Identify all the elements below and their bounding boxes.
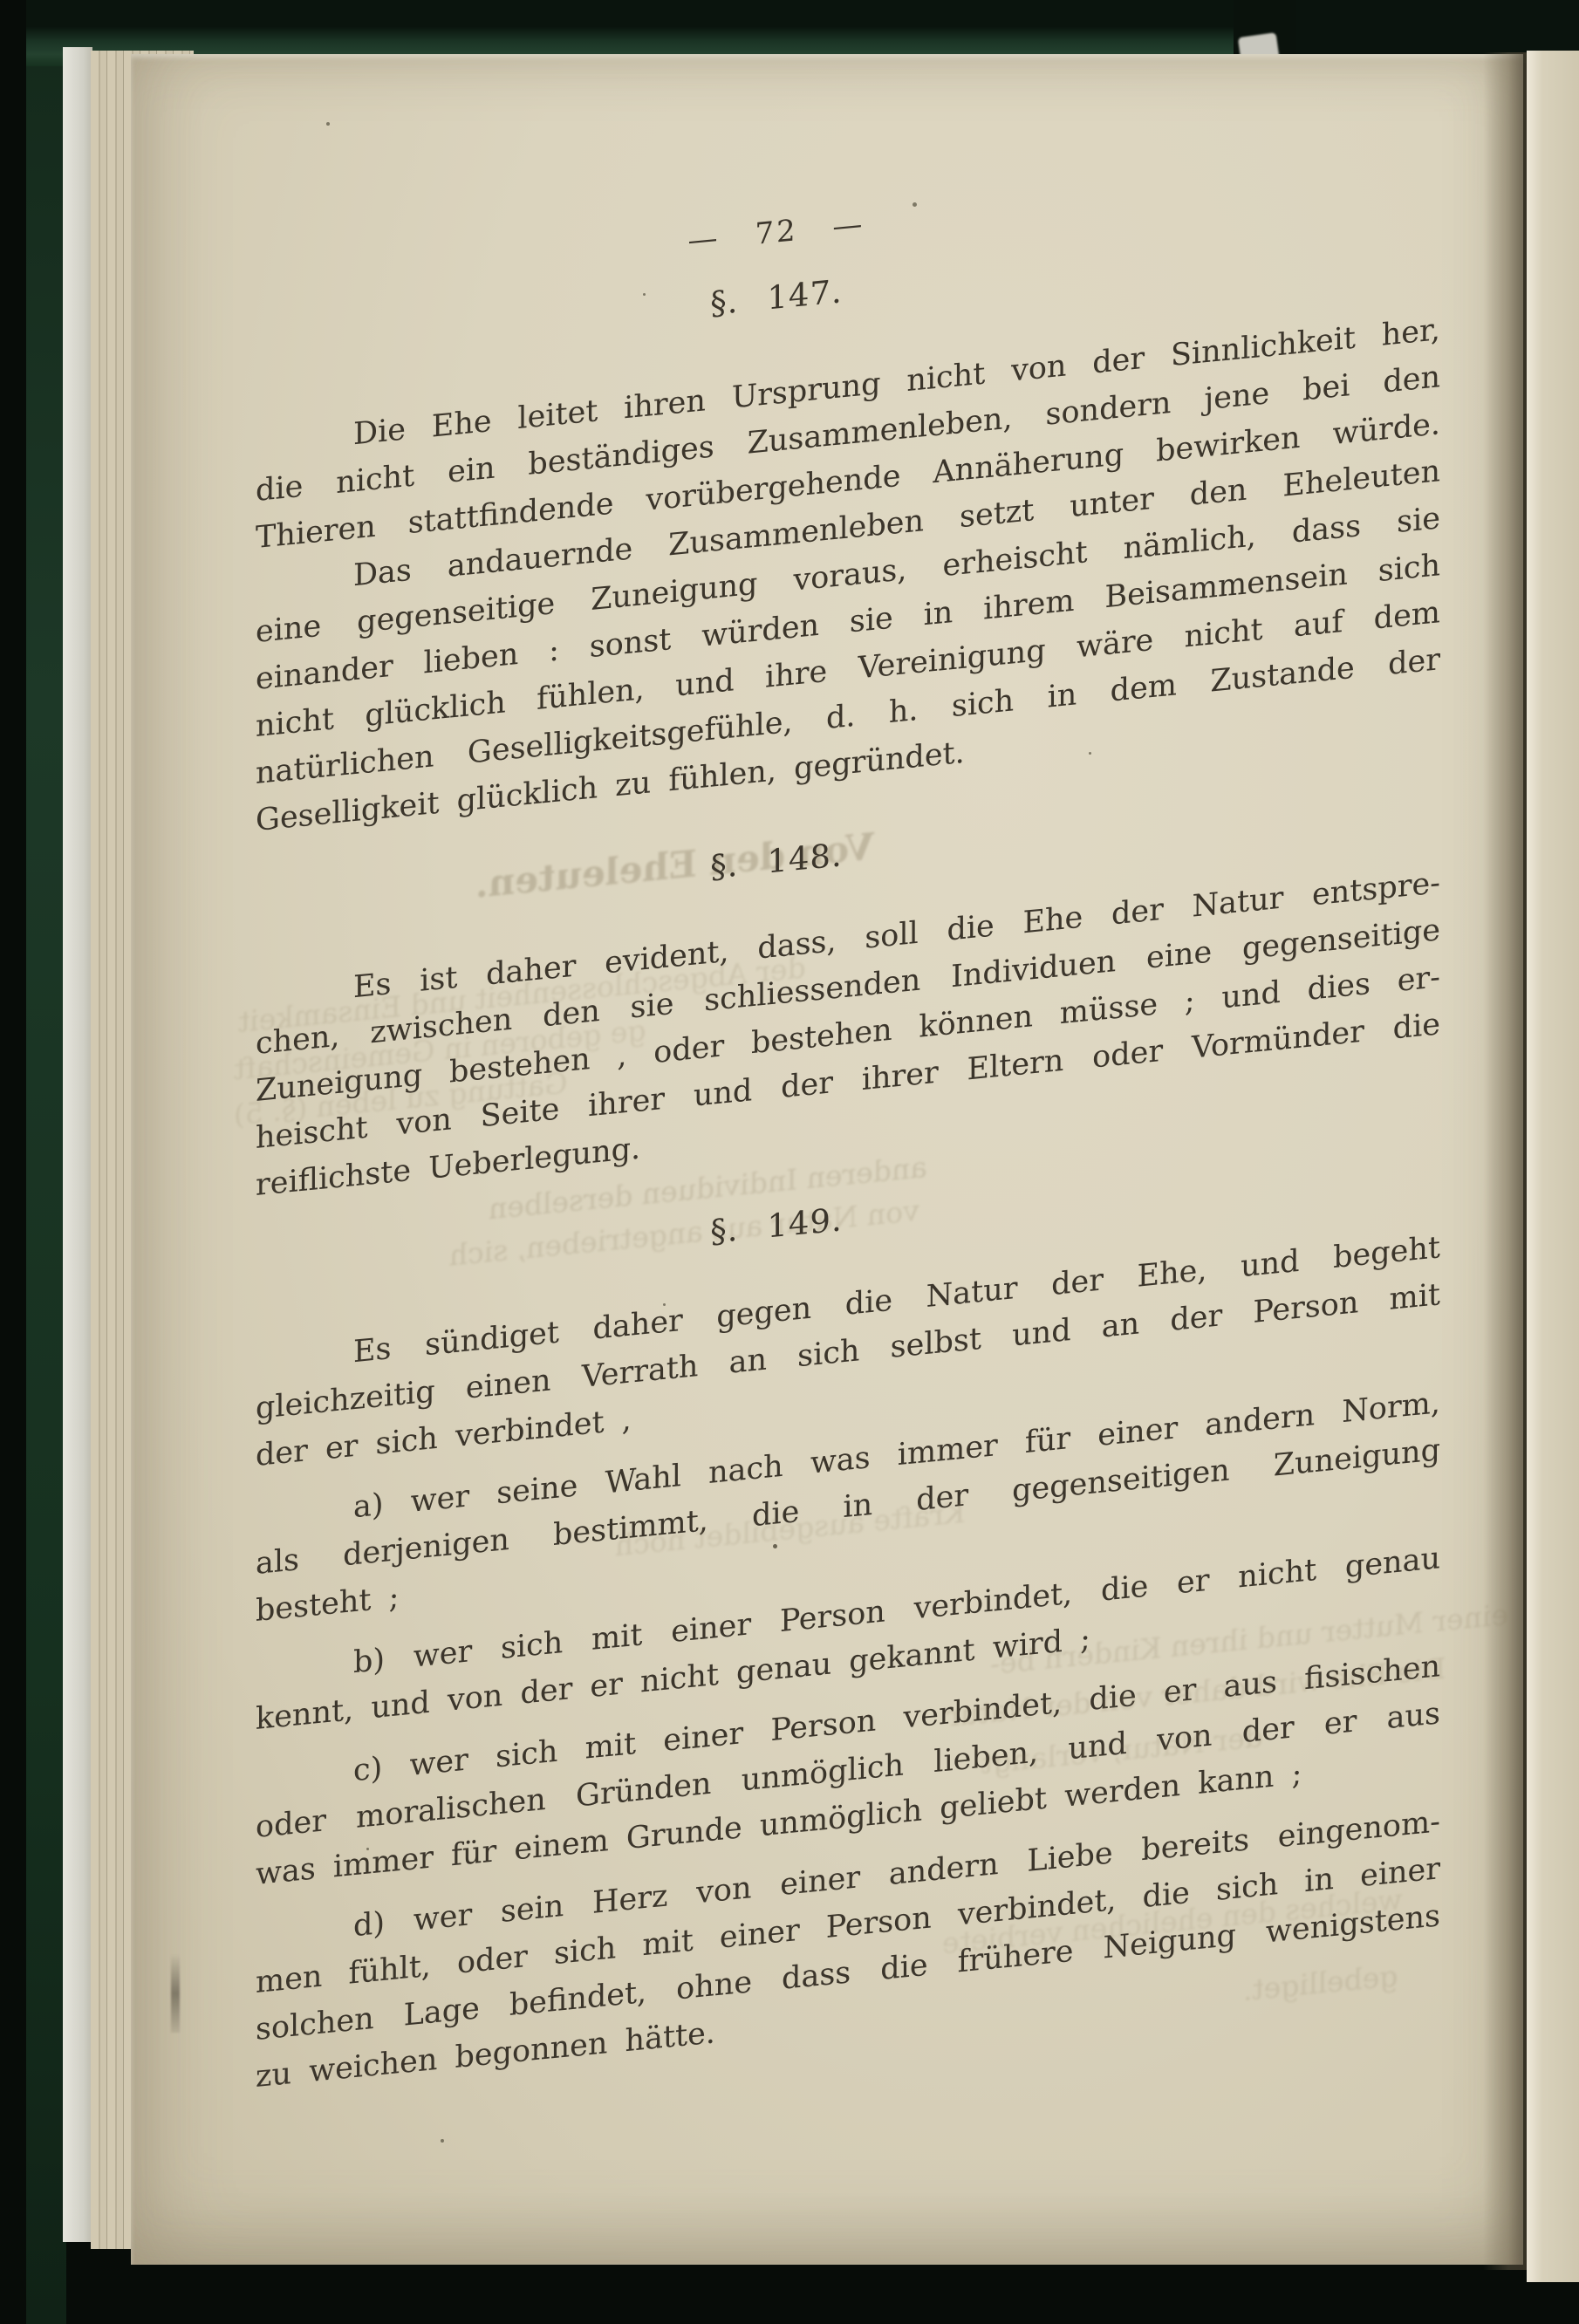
page-text-block: Von den Eheleuten. der Abgeschlossenheit… [256,130,1440,2101]
ink-speck [643,293,646,296]
ink-speck [366,1848,369,1850]
ink-speck [1089,752,1091,755]
ink-speck [441,2139,444,2143]
edge-smudge [171,1954,180,2033]
section-147: §. 147. Die Ehe leitet ihren Ursprung ni… [256,214,1440,844]
next-page-edge [1527,51,1579,2282]
ink-speck [773,1544,777,1548]
book-cover-left-edge [26,0,66,2324]
ink-speck [913,202,917,207]
ink-speck [326,122,330,126]
gutter-fold-shadow [1483,52,1528,2270]
ink-speck [663,1303,666,1306]
flyleaf-edge [63,47,92,2242]
scanned-book-photo: Von den Eheleuten. der Abgeschlossenheit… [0,0,1579,2324]
